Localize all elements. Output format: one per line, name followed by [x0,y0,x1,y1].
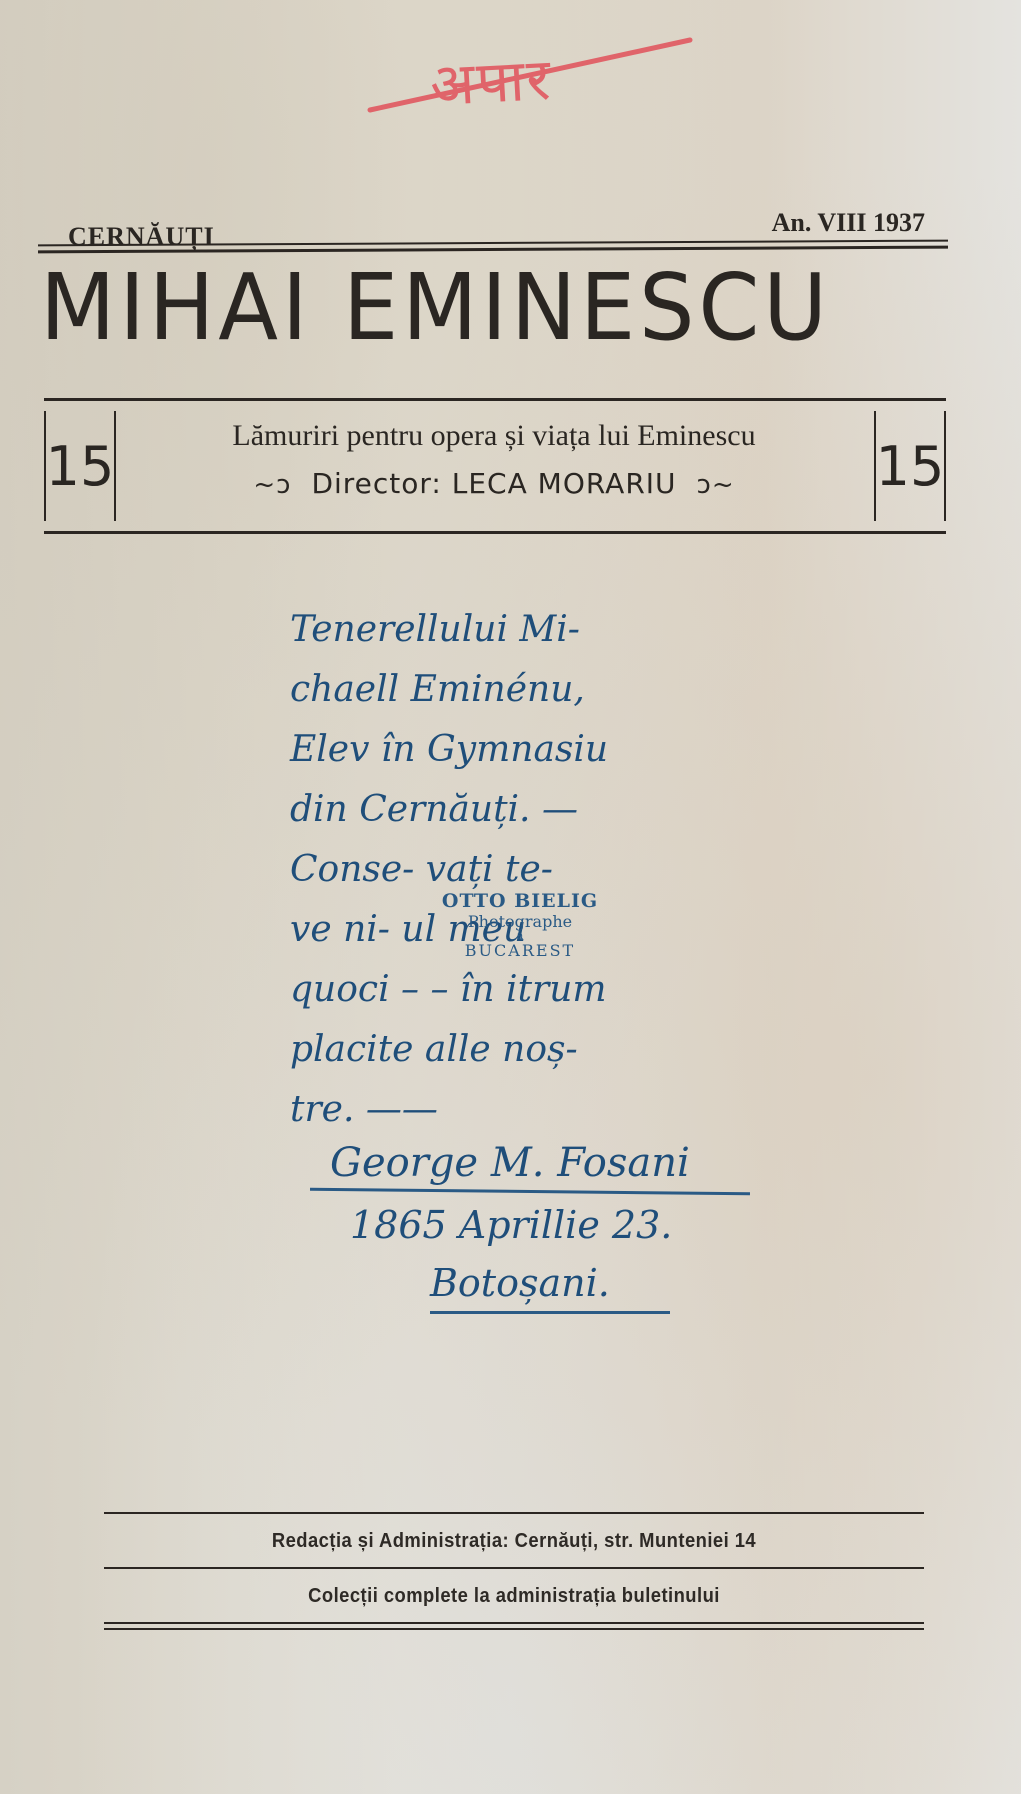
handwritten-dedication: Tenerellului Mi- chaell Eminénu, Elev în… [290,600,790,1140]
red-handwritten-annotation: अपार [360,30,720,140]
signature-place: Botoșani. [430,1261,790,1305]
year-label: An. VIII 1937 [772,208,925,238]
stamp-name: OTTO BIELIG [420,890,620,912]
photographer-stamp: OTTO BIELIG Photographe à BUCAREST [420,890,620,960]
handwriting-line: chaell Eminénu, [290,660,790,720]
signature-underline [310,1188,750,1196]
handwriting-line: quoci – – în itrum [290,960,790,1020]
handwriting-line: Tenerellului Mi- [290,600,790,660]
stamp-preposition: à [420,931,620,941]
stamp-city: BUCAREST [420,941,620,960]
director-line: ~ↄDirector: LECA MORARIUↄ~ [154,467,834,500]
footer: Redacția și Administrația: Cernăuți, str… [104,1512,924,1630]
place-underline [430,1311,670,1314]
handwriting-line: Elev în Gymnasiu [290,720,790,780]
publication-title: MIHAI EMINESCU [40,262,905,354]
footer-double-rule [104,1622,924,1624]
issue-number-left: 15 [44,411,116,521]
director-text: Director: LECA MORARIU [311,467,676,500]
handwriting-line: din Cernăuți. — [290,780,790,840]
flourish-right-icon: ↄ~ [697,470,735,500]
handwriting-line: tre. —— [290,1080,790,1140]
header-double-rule [38,242,948,251]
footer-address: Redacția și Administrația: Cernăuți, str… [137,1514,891,1567]
handwriting-line: placite alle noș- [290,1020,790,1080]
signature-name: George M. Fosani [330,1140,790,1186]
footer-collections: Colecții complete la administrația bulet… [137,1569,891,1622]
issue-number-right: 15 [874,411,946,521]
subtitle: Lămuriri pentru opera și viața lui Emine… [154,419,834,453]
subtitle-box: 15 Lămuriri pentru opera și viața lui Em… [44,398,946,534]
signature-date: 1865 Aprillie 23. [350,1203,790,1247]
signature-block: George M. Fosani 1865 Aprillie 23. Botoș… [330,1140,790,1314]
flourish-left-icon: ~ↄ [253,470,291,500]
strike-line-icon [360,30,720,140]
